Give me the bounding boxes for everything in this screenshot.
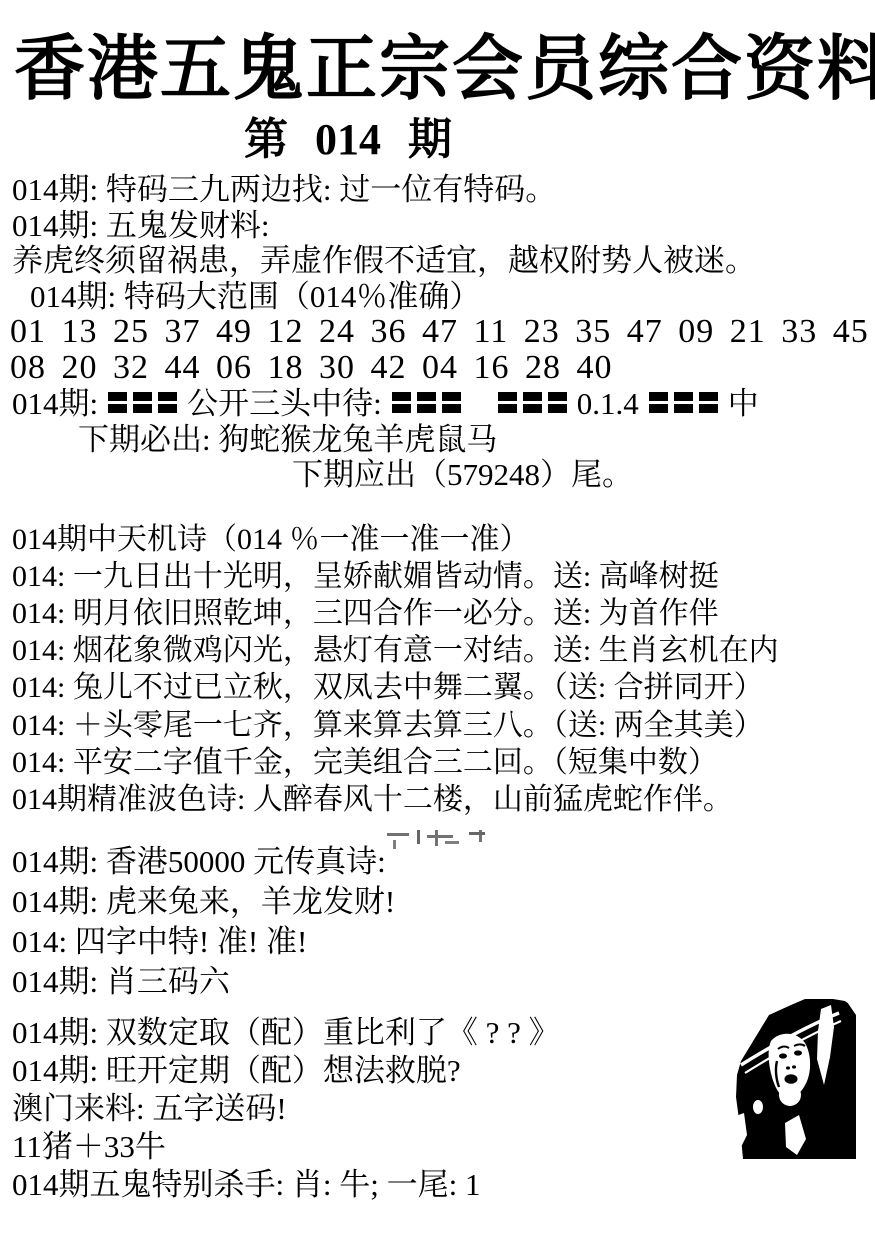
tip-special-code-line: 014期: 特码三九两边找: 过一位有特码。 [0,172,875,208]
next-should-line: 下期应出（579248）尾。 [0,457,875,493]
block-bar-icon [392,392,411,413]
tip-verse-line: 养虎终须留祸患，弄虚作假不适宜，越权附势人被迷。 [0,243,875,279]
numbers-row-1: 01 13 25 37 49 12 24 36 47 11 23 35 47 0… [0,314,875,350]
wave-color-poem-line: 014期精准波色诗: 人醉春风十二楼，山前猛虎蛇作伴。 [0,781,875,818]
fax-line: 014期: 肖三码六 [0,962,875,1002]
page-title: 香港五鬼正宗会员综合资料 [0,22,875,118]
block-bar-icon [699,392,718,413]
block-bar-icon [442,392,461,413]
block-bar-icon [649,392,668,413]
block-group-1 [105,385,180,421]
block-group-4 [646,385,721,421]
blocks-line-mid: 公开三头中待: [187,386,382,421]
blocks-line: 014期:公开三头中待:0.1.4中 [0,385,875,422]
fax-line: 014: 四字中特! 准! 准! [0,922,875,962]
block-bar-icon [133,392,152,413]
poems-heading: 014期中天机诗（014 ％一准一准一准） [0,521,875,558]
blocks-line-digits: 0.1.4 [577,386,639,421]
block-bar-icon [108,392,127,413]
block-group-2 [389,385,464,421]
tip-wugui-fortune-line: 014期: 五鬼发财料: [0,208,875,244]
block-bar-icon [158,392,177,413]
fax-line: 014期: 虎来兔来，羊龙发财! [0,882,875,922]
tips-section: 014期: 特码三九两边找: 过一位有特码。 014期: 五鬼发财料: 养虎终须… [0,172,875,493]
print-smudge-artifact [383,830,518,850]
fax-section: 014期: 香港50000 元传真诗: 014期: 虎来兔来，羊龙发财! 014… [0,842,875,1002]
tip-sheet-page: 香港五鬼正宗会员综合资料 第 014 期 014期: 特码三九两边找: 过一位有… [0,0,875,1238]
poem-line: 014: 平安二字值千金，完美组合三二回。（短集中数） [0,744,875,781]
poem-line: 014: ＋头零尾一七齐，算来算去算三八。（送: 两全其美） [0,707,875,744]
tip-range-heading: 014期: 特码大范围（014％准确） [0,279,875,315]
poem-line: 014: 兔儿不过已立秋，双凤去中舞二翼。（送: 合拼同开） [0,669,875,706]
poem-line: 014: 明月依旧照乾坤，三四合作一必分。送: 为首作伴 [0,595,875,632]
poems-section: 014期中天机诗（014 ％一准一准一准） 014: 一九日出十光明，呈娇献媚皆… [0,521,875,819]
block-bar-icon [417,392,436,413]
block-group-3 [495,385,570,421]
portrait-photo [733,999,856,1159]
next-must-line: 下期必出: 狗蛇猴龙兔羊虎鼠马 [0,422,875,458]
block-bar-icon [548,392,567,413]
issue-number: 第 014 期 [0,118,875,166]
poem-line: 014: 一九日出十光明，呈娇献媚皆动情。送: 高峰树挺 [0,558,875,595]
numbers-row-2: 08 20 32 44 06 18 30 42 04 16 28 40 [0,350,875,386]
block-bar-icon [523,392,542,413]
poem-line: 014: 烟花象微鸡闪光，悬灯有意一对结。送: 生肖玄机在内 [0,632,875,669]
killer-line: 014期五鬼特别杀手: 肖: 牛; 一尾: 1 [0,1166,875,1204]
block-bar-icon [674,392,693,413]
blocks-line-prefix: 014期: [12,386,98,421]
block-bar-icon [498,392,517,413]
blocks-line-suffix: 中 [728,386,759,421]
